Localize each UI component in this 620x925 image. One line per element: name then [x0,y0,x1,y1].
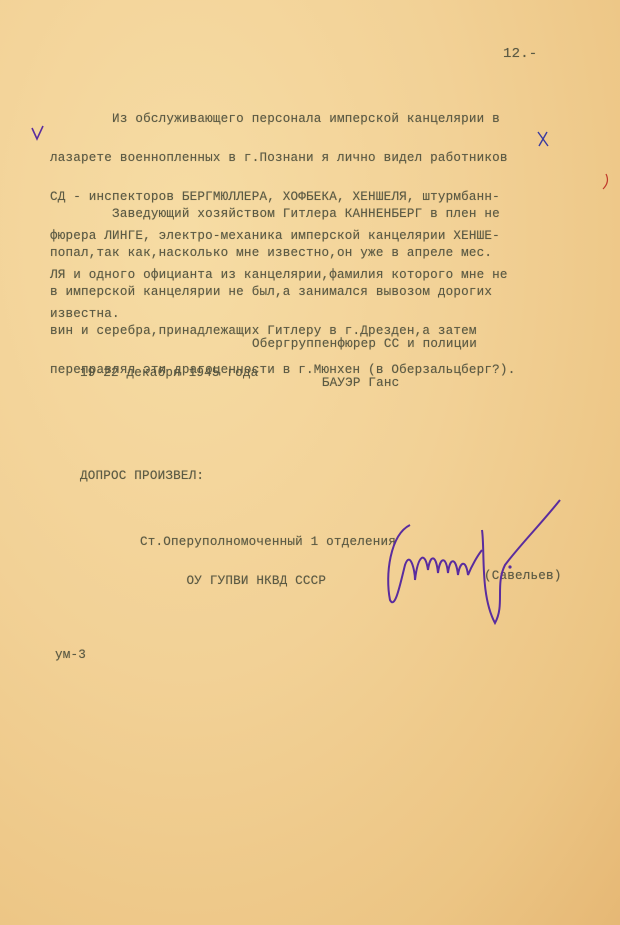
signature-icon [370,495,570,630]
officer-title: Ст.Оперуполномоченный 1 отделения [140,536,396,549]
text-line: Из обслуживающего персонала имперской ка… [50,113,508,126]
checkmark-icon [30,124,46,142]
red-margin-mark-icon [600,172,612,192]
text-line: лазарете военнопленных в г.Познани я лич… [50,152,508,165]
x-mark-icon [536,130,550,148]
officer-department: ОУ ГУПВИ НКВД СССР [140,575,396,588]
officer-block: Ст.Оперуполномоченный 1 отделения ОУ ГУП… [140,510,396,614]
document-page: 12.- Из обслуживающего персонала имперск… [0,0,620,925]
document-date: 19-22 декабря 1945 года [80,367,258,380]
signatory-rank: Обергруппенфюрер СС и полиции [252,338,477,351]
signatory-name: БАУЭР Ганс [252,377,477,390]
interrogation-label: ДОПРОС ПРОИЗВЕЛ: [80,470,204,483]
footer-code: ум-3 [55,649,86,662]
text-line: Заведующий хозяйством Гитлера КАННЕНБЕРГ… [50,208,515,221]
signatory-block: Обергруппенфюрер СС и полиции БАУЭР Ганс [252,312,477,416]
page-number: 12.- [503,48,537,61]
text-line: в имперской канцелярии не был,а занималс… [50,286,515,299]
text-line: попал,так как,насколько мне известно,он … [50,247,515,260]
